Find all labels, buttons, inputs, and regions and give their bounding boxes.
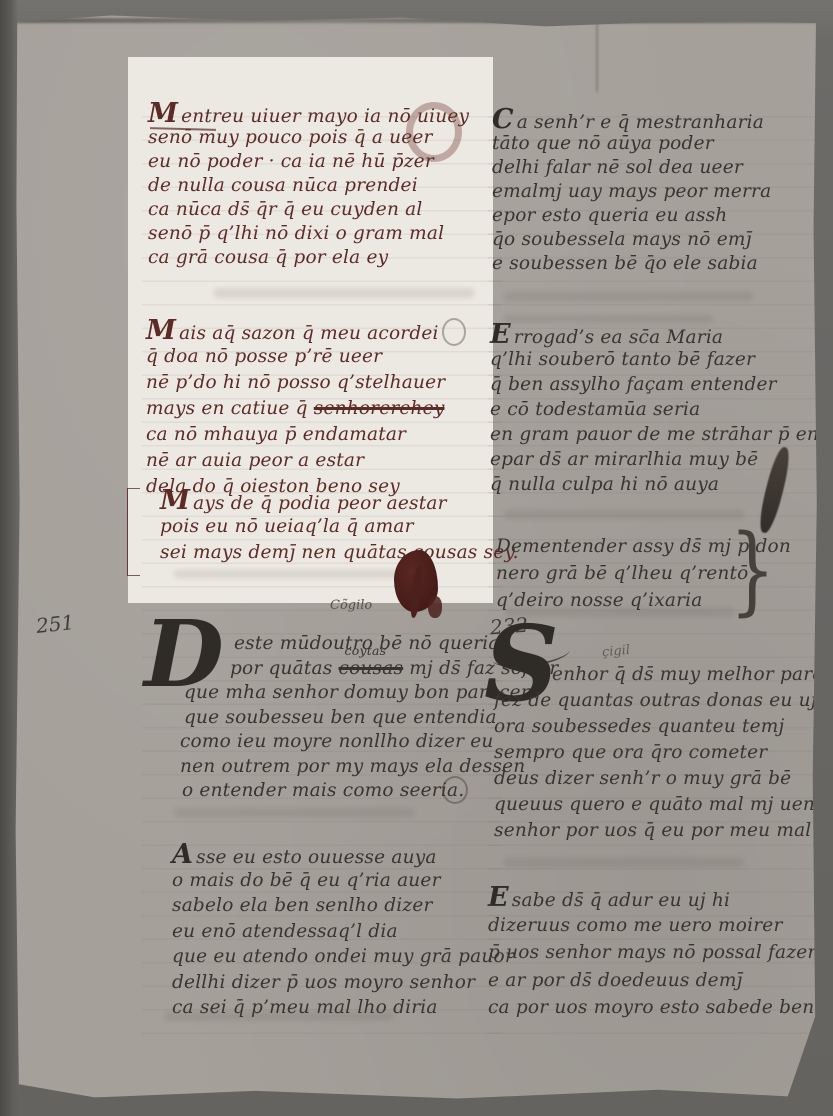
verse-line: emalmj uay mays peor merra (492, 180, 771, 204)
stanza-right-4: Esabe ds̄ q̄ adur eu uj hi dizeruus como… (488, 884, 816, 1022)
verse-line: tāto que nō aūya poder (492, 132, 771, 156)
fiinda-bracket-right: } (730, 522, 776, 618)
verse-line: e cō todestamūa seria (490, 397, 819, 422)
stanza-initial: A (172, 839, 196, 870)
stanza-left-4: Asse eu esto ouuesse auya o mais do bē q… (172, 842, 514, 1021)
verse-line: pois eu nō ueiaq’la q̄ amar (160, 514, 519, 540)
verse-text: sse eu esto ouuesse auya (196, 847, 436, 868)
verse-line: ca nūca ds̄ q̄r q̄ eu cuyden al (148, 198, 469, 222)
verse-line: q̄ doa nō posse p’rē ueer (146, 344, 445, 370)
bleedthrough-smudge (214, 288, 474, 298)
verse-line: epor esto queria eu assh (492, 204, 771, 228)
verse-line: queuus quero e quāto mal mj uen (490, 792, 833, 818)
bleedthrough-smudge (504, 858, 744, 867)
verse-line: dizeruus como me uero moirer (488, 912, 816, 940)
interlinear-correction: coytas (345, 645, 387, 658)
stanza-initial: E (490, 319, 514, 350)
verse-line: que eu atendo ondei muy grā pauor (172, 944, 514, 970)
verse-line: q̄o soubessela mays nō emj̄ (492, 228, 771, 252)
verse-text: sabe ds̄ q̄ adur eu uj hi (512, 890, 730, 911)
verse-line: eu enō atendessaq’l dia (172, 919, 514, 945)
struck-word: cousas (339, 658, 404, 679)
verse-line: sabelo ela ben senlho dizer (172, 893, 514, 919)
verse-line: mays en catiue q̄ senhorerehey (146, 396, 445, 422)
verse-line: q̄ ben assylho façam entender (490, 372, 819, 397)
verse-line: senhor por uos q̄ eu por meu mal uj (490, 818, 833, 844)
corrected-word: coytascousas (339, 657, 404, 682)
stanza-left-2: Mais aq̄ sazon q̄ meu acordei q̄ doa nō … (146, 318, 445, 500)
struck-word: senhorerehey (314, 398, 445, 419)
bleedthrough-smudge (174, 808, 414, 817)
stanza-initial: C (492, 104, 517, 135)
stanza-initial: M (160, 485, 193, 516)
scribal-ring-mark (442, 318, 466, 346)
verse-line: nē p’do hi nō posso q’stelhauer (146, 370, 445, 396)
verse-text: a senh’r e q̄ mestranharia (517, 112, 764, 133)
verse-line: Mays de q̄ podia peor aestar (160, 488, 519, 514)
manuscript-page: Mentreu uiuer mayo ia nō uiuey senō muy … (14, 10, 820, 1104)
verse-line: Esabe ds̄ q̄ adur eu uj hi (488, 884, 816, 912)
verse-text: ays de q̄ podia peor aestar (193, 493, 447, 514)
page-torn-edge (14, 18, 820, 23)
verse-line: Errogad’s ea sc̄a Maria (490, 322, 819, 347)
rubric-left: Cõgilo (330, 598, 372, 613)
fiinda-bracket-left (127, 488, 140, 576)
verse-line: eu nō poder · ca ia nē hū p̄zer (148, 150, 469, 174)
verse-line: Ca senh’r e q̄ mestranharia (492, 108, 771, 132)
verse-text: mays en catiue q̄ (146, 398, 314, 419)
verse-line: epar ds̄ ar mirarlhia muy bē (490, 447, 819, 472)
stanza-initial: M (148, 98, 181, 129)
verse-line: delhi falar nē sol dea ueer (492, 156, 771, 180)
verse-line: ca nō mhauya p̄ endamatar (146, 422, 445, 448)
verse-line: o mais do bē q̄ eu q’ria auer (172, 868, 514, 894)
page-crease (596, 14, 598, 92)
stanza-right-1: Ca senh’r e q̄ mestranharia tāto que nō … (492, 108, 771, 276)
verse-line: fez de quantas outras donas eu uj (490, 688, 833, 714)
stanza-initial: E (488, 882, 512, 913)
verse-line: ca grā cousa q̄ por ela ey (148, 246, 469, 270)
verse-text: entreu uiuer mayo ia nō uiuey (181, 106, 469, 127)
bleedthrough-smudge (174, 570, 424, 578)
verse-line: q’lhi souberō tanto bē fazer (490, 347, 819, 372)
verse-text: rrogad’s ea sc̄a Maria (514, 327, 723, 348)
binding-shadow (0, 0, 18, 1116)
verse-line: sei mays demj̄ nen quātas cousas sey. (160, 540, 519, 566)
verse-line: ora soubessedes quanteu temj (490, 714, 833, 740)
verse-line: en gram pauor de me strāhar p̄ en (490, 422, 819, 447)
verse-line: Asse eu esto ouuesse auya (172, 842, 514, 868)
bleedthrough-smudge (504, 510, 744, 519)
bleedthrough-smudge (504, 292, 754, 301)
verse-line: deus dizer senh’r o muy grā bē (490, 766, 833, 792)
verse-line: nē ar auia peor a estar (146, 448, 445, 474)
verse-line: sempro que ora q̄ro cometer (490, 740, 833, 766)
verse-line: enhor q̄ ds̄ muy melhor pareçer (490, 662, 833, 688)
folio-number-left: 251 (35, 610, 75, 638)
verse-line: e soubessen bē q̄o ele sabia (492, 252, 771, 276)
ink-drip (428, 596, 442, 618)
verse-line: e ar por ds̄ doedeuus demj̄ (488, 967, 816, 995)
verse-line: de nulla cousa nūca prendei (148, 174, 469, 198)
verse-text: ais aq̄ sazon q̄ meu acordei (179, 323, 439, 344)
verse-line: ca por uos moyro esto sabede ben (488, 994, 816, 1022)
verse-line: Mais aq̄ sazon q̄ meu acordei (146, 318, 445, 344)
photo-backdrop: Mentreu uiuer mayo ia nō uiuey senō muy … (0, 0, 833, 1116)
stanza-right-3: enhor q̄ ds̄ muy melhor pareçer fez de q… (490, 662, 833, 844)
verse-line: p̄ uos senhor mays nō possal fazer (488, 939, 816, 967)
verse-line: ca sei q̄ p’meu mal lho diria (172, 995, 514, 1021)
verse-line: senō p̄ q’lhi nō dixi o gram mal (148, 222, 469, 246)
verse-line: dellhi dizer p̄ uos moyro senhor (172, 970, 514, 996)
stanza-initial: M (146, 315, 179, 346)
stanza-left-1: Mentreu uiuer mayo ia nō uiuey senō muy … (148, 102, 469, 270)
rubric-right: çigil (601, 643, 630, 660)
verse-line: Mentreu uiuer mayo ia nō uiuey (148, 102, 469, 126)
verse-text: por quātas (230, 658, 339, 679)
fiinda-left: Mays de q̄ podia peor aestar pois eu nō … (160, 488, 519, 566)
